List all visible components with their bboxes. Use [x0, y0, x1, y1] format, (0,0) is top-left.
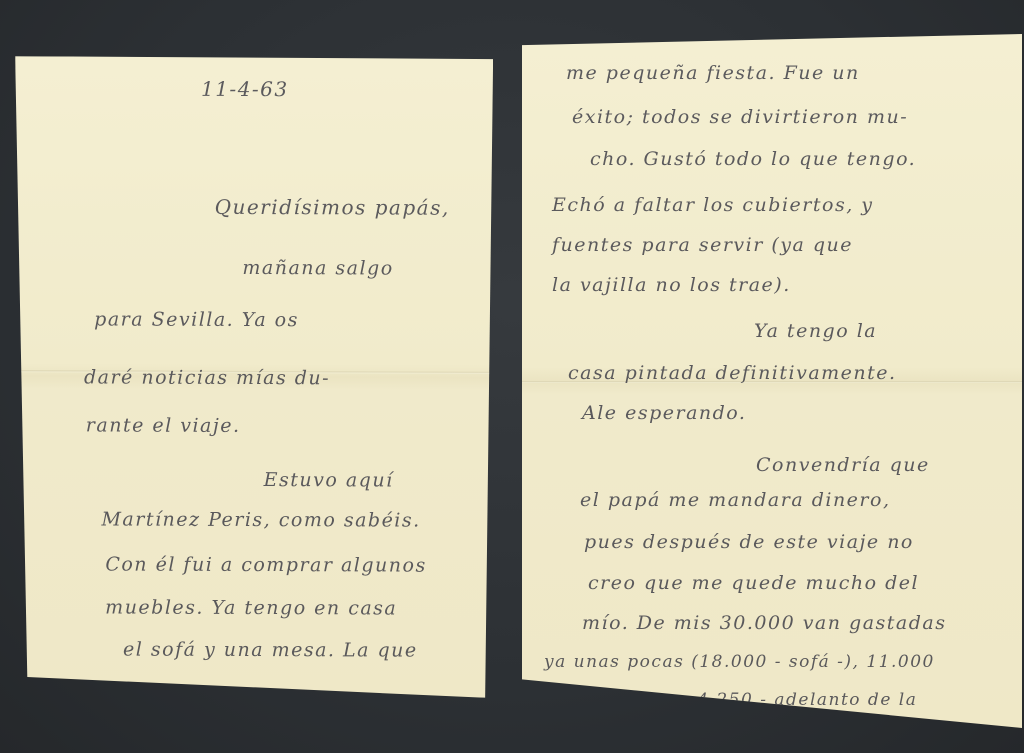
document-scene: 11-4-63 Queridísimos papás, mañana salgo…	[0, 0, 1024, 753]
letter-line: el sofá y una mesa. La que	[123, 639, 418, 662]
letter-line: pues después de este viaje no	[584, 531, 914, 553]
letter-line: el papá me mandara dinero,	[580, 489, 890, 511]
letter-page-left: 11-4-63 Queridísimos papás, mañana salgo…	[13, 56, 493, 698]
letter-line: casa pintada definitivamente.	[568, 362, 897, 384]
letter-line: Ale esperando.	[582, 402, 746, 424]
letter-line: éxito; todos se divirtieron mu-	[572, 106, 908, 128]
letter-line: Ya tengo la	[754, 320, 877, 342]
letter-line: daré noticias mías du-	[84, 366, 330, 389]
letter-line: Estuvo aquí	[264, 469, 394, 491]
letter-line: cho. Gustó todo lo que tengo.	[590, 148, 916, 170]
letter-line: Martínez Peris, como sabéis.	[101, 508, 420, 531]
letter-line: muebles. Ya tengo en casa	[105, 596, 397, 619]
letter-line: Echó a faltar los cubiertos, y	[552, 194, 874, 216]
letter-line: fuentes para servir (ya que	[552, 234, 853, 256]
letter-line: Con él fui a comprar algunos	[105, 553, 426, 576]
letter-salutation: Queridísimos papás,	[215, 195, 450, 220]
letter-date: 11-4-63	[201, 77, 289, 101]
letter-line: la vajilla no los trae).	[552, 274, 791, 296]
letter-line: mañana salgo	[242, 257, 393, 280]
letter-line: mío. De mis 30.000 van gastadas	[582, 612, 946, 634]
letter-line: - mesa -, 4.250 - adelanto de la	[604, 690, 917, 710]
letter-line: para Sevilla. Ya os	[94, 308, 299, 331]
letter-line: Convendría que	[756, 454, 930, 476]
letter-line: rante el viaje.	[86, 414, 241, 437]
letter-line: creo que me quede mucho del	[588, 572, 919, 594]
letter-line: me pequeña fiesta. Fue un	[566, 62, 860, 84]
letter-page-right: me pequeña fiesta. Fue un éxito; todos s…	[522, 34, 1022, 728]
letter-line: ya unas pocas (18.000 - sofá -), 11.000	[544, 652, 935, 672]
